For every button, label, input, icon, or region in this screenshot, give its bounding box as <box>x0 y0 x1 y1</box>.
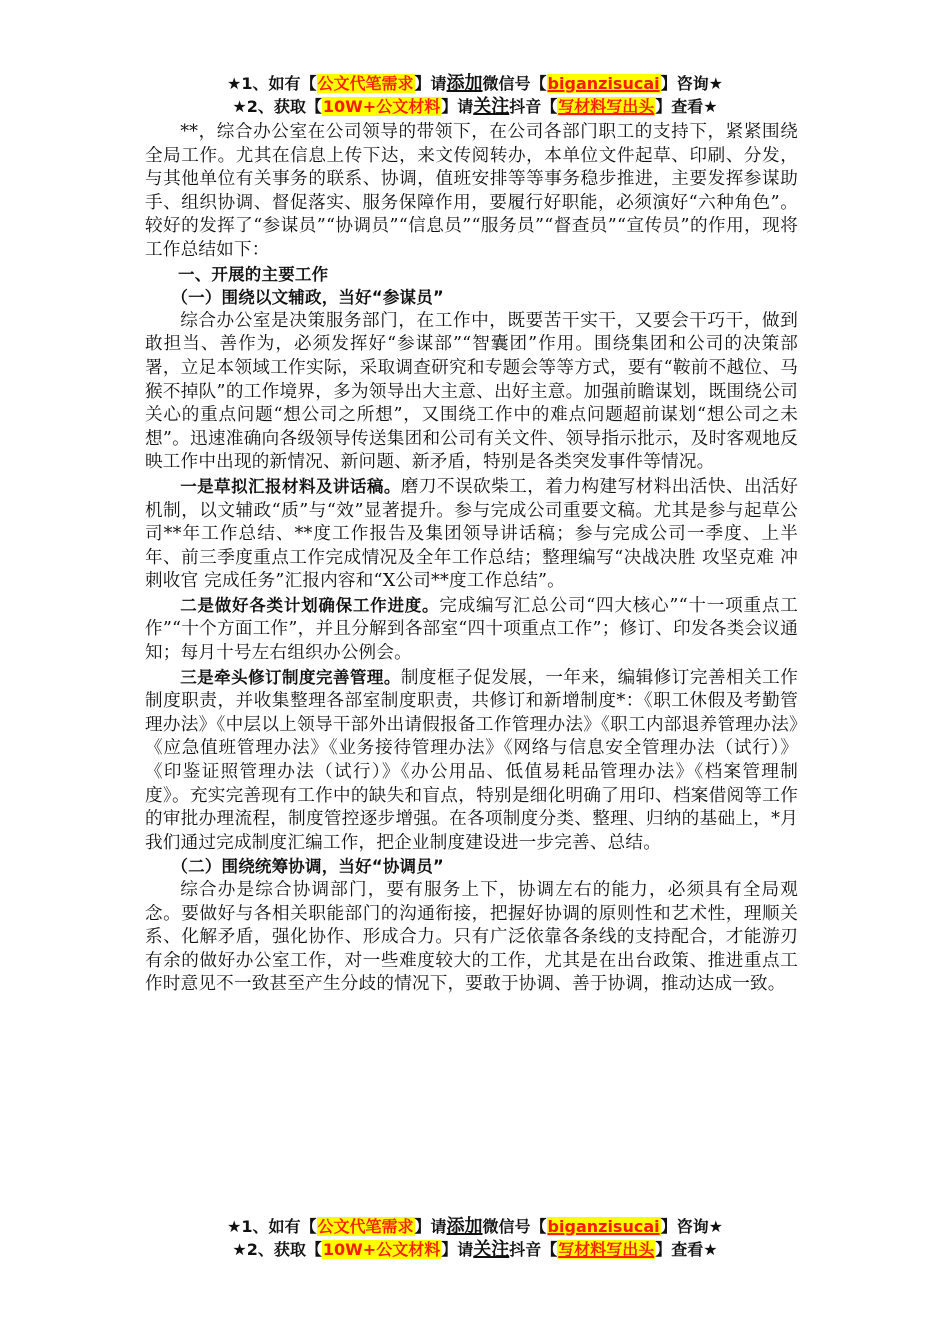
promo-emphasis: 添加 <box>447 1216 483 1237</box>
promo-line-2: ★2、获取【10W+公文材料】请关注抖音【写材料写出头】查看★ <box>0 1238 950 1261</box>
item-lead: 二是做好各类计划确保工作进度。 <box>180 596 439 615</box>
promo-text: 抖音【 <box>509 1240 557 1259</box>
body-paragraph: 综合办是综合协调部门，要有服务上下，协调左右的能力，必须具有全局观念。要做好与各… <box>145 879 798 997</box>
promo-text: 微信号【 <box>483 1217 547 1236</box>
promo-highlight: 公文代笔需求 <box>317 74 415 93</box>
promo-emphasis: 关注 <box>473 1239 509 1260</box>
section-heading: 一、开展的主要工作 <box>145 263 798 287</box>
promo-text: 】咨询★ <box>661 74 723 93</box>
list-item-paragraph: 二是做好各类计划确保工作进度。完成编写汇总公司“四大核心”“十一项重点工作”“十… <box>145 594 798 666</box>
promo-highlight: 10W+公文材料 <box>322 1240 441 1259</box>
promo-text: 】查看★ <box>655 97 717 116</box>
body-paragraph: 综合办公室是决策服务部门，在工作中，既要苦干实干，又要会干巧干，做到敢担当、善作… <box>145 310 798 475</box>
promo-text: ★1、如有【 <box>227 1217 316 1236</box>
promo-text: 】请 <box>441 1240 473 1259</box>
promo-highlight: 10W+公文材料 <box>322 97 441 116</box>
promo-text: ★2、获取【 <box>232 1240 321 1259</box>
intro-paragraph: **，综合办公室在公司领导的带领下，在公司各部门职工的支持下，紧紧围绕全局工作。… <box>145 121 798 263</box>
promo-emphasis: 关注 <box>473 96 509 117</box>
promo-line-1: ★1、如有【公文代笔需求】请添加微信号【biganzisucai】咨询★ <box>0 1215 950 1238</box>
subsection-heading: （一）围绕以文辅政，当好“参谋员” <box>145 286 798 310</box>
douyin-account-link[interactable]: 写材料写出头 <box>557 97 655 116</box>
promo-text: ★2、获取【 <box>232 97 321 116</box>
promo-text: 】请 <box>415 74 447 93</box>
subsection-heading: （二）围绕统筹协调，当好“协调员” <box>145 855 798 879</box>
promo-text: 】查看★ <box>655 1240 717 1259</box>
promo-text: 微信号【 <box>483 74 547 93</box>
list-item-paragraph: 一是草拟汇报材料及讲话稿。磨刀不误砍柴工，着力构建写材料出活快、出活好机制，以文… <box>145 475 798 594</box>
item-lead: 三是牵头修订制度完善管理。 <box>180 668 401 687</box>
douyin-account-link[interactable]: 写材料写出头 <box>557 1240 655 1259</box>
document-body: **，综合办公室在公司领导的带领下，在公司各部门职工的支持下，紧紧围绕全局工作。… <box>145 121 798 997</box>
promo-text: 抖音【 <box>509 97 557 116</box>
list-item-paragraph: 三是牵头修订制度完善管理。制度框子促发展，一年来，编辑修订完善相关工作制度职责，… <box>145 666 798 856</box>
item-lead: 一是草拟汇报材料及讲话稿。 <box>180 477 401 496</box>
item-text: 制度框子促发展，一年来，编辑修订完善相关工作制度职责，并收集整理各部室制度职责，… <box>145 668 798 853</box>
wechat-id-link[interactable]: biganzisucai <box>547 1217 661 1236</box>
promo-line-1: ★1、如有【公文代笔需求】请添加微信号【biganzisucai】咨询★ <box>0 72 950 95</box>
promo-footer: ★1、如有【公文代笔需求】请添加微信号【biganzisucai】咨询★ ★2、… <box>0 1215 950 1261</box>
promo-emphasis: 添加 <box>447 73 483 94</box>
promo-header: ★1、如有【公文代笔需求】请添加微信号【biganzisucai】咨询★ ★2、… <box>0 72 950 118</box>
promo-line-2: ★2、获取【10W+公文材料】请关注抖音【写材料写出头】查看★ <box>0 95 950 118</box>
promo-text: 】请 <box>415 1217 447 1236</box>
promo-highlight: 公文代笔需求 <box>317 1217 415 1236</box>
wechat-id-link[interactable]: biganzisucai <box>547 74 661 93</box>
promo-text: 】咨询★ <box>661 1217 723 1236</box>
promo-text: ★1、如有【 <box>227 74 316 93</box>
promo-text: 】请 <box>441 97 473 116</box>
document-page: ★1、如有【公文代笔需求】请添加微信号【biganzisucai】咨询★ ★2、… <box>0 0 950 1344</box>
